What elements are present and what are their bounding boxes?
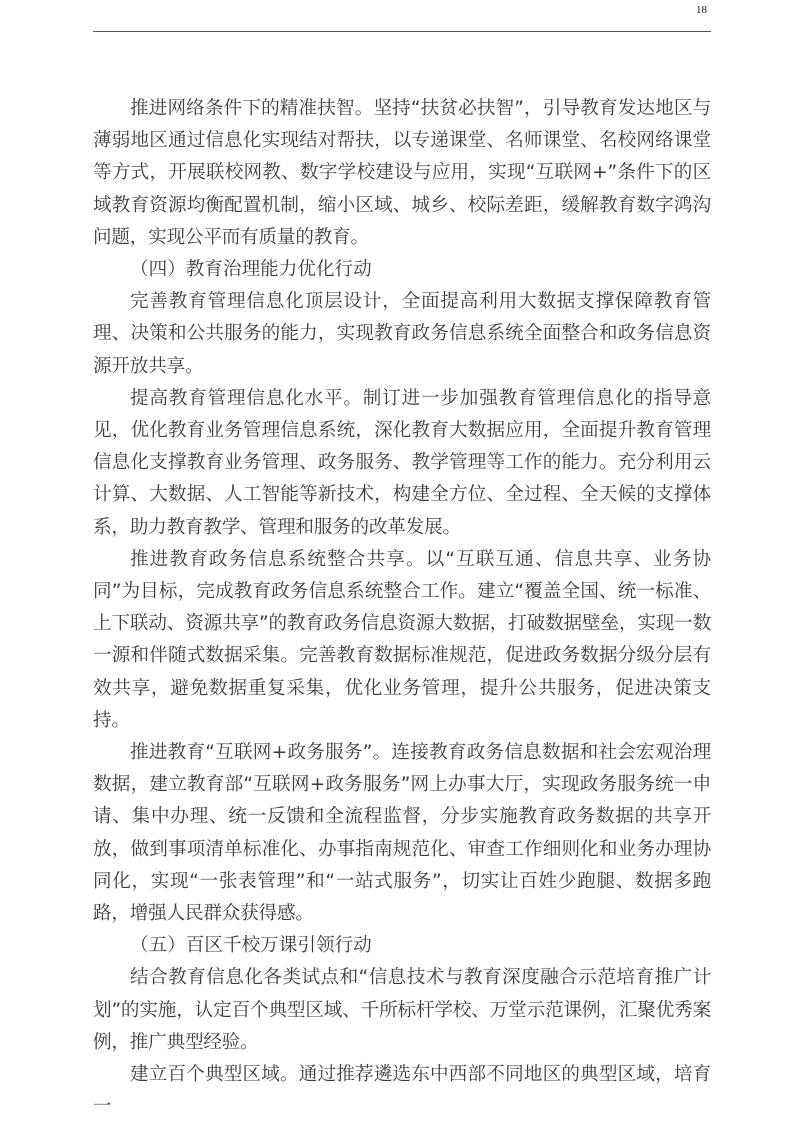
paragraph-system-integration: 推进教育政务信息系统整合共享。以“互联互通、信息共享、业务协同”为目标，完成教育… [93,544,711,737]
page-number: 18 [696,4,707,16]
paragraph-governance-intro: 完善教育管理信息化顶层设计，全面提高利用大数据支撑保障教育管理、决策和公共服务的… [93,286,711,383]
header-rule [93,31,711,32]
section-heading-4: （四）教育治理能力优化行动 [93,254,711,286]
paragraph-internet-government-services: 推进教育“互联网+政务服务”。连接教育政务信息数据和社会宏观治理数据，建立教育部… [93,737,711,930]
section-heading-5: （五）百区千校万课引领行动 [93,930,711,962]
paragraph-precision-poverty-alleviation: 推进网络条件下的精准扶智。坚持“扶贫必扶智”，引导教育发达地区与薄弱地区通过信息… [93,93,711,254]
paragraph-demonstration-intro: 结合教育信息化各类试点和“信息技术与教育深度融合示范培育推广计划”的实施，认定百… [93,962,711,1059]
document-body: 推进网络条件下的精准扶智。坚持“扶贫必扶智”，引导教育发达地区与薄弱地区通过信息… [93,93,711,1122]
paragraph-management-informatization: 提高教育管理信息化水平。制订进一步加强教育管理信息化的指导意见，优化教育业务管理… [93,383,711,544]
paragraph-typical-regions: 建立百个典型区域。通过推荐遴选东中西部不同地区的典型区域，培育一 [93,1059,711,1122]
